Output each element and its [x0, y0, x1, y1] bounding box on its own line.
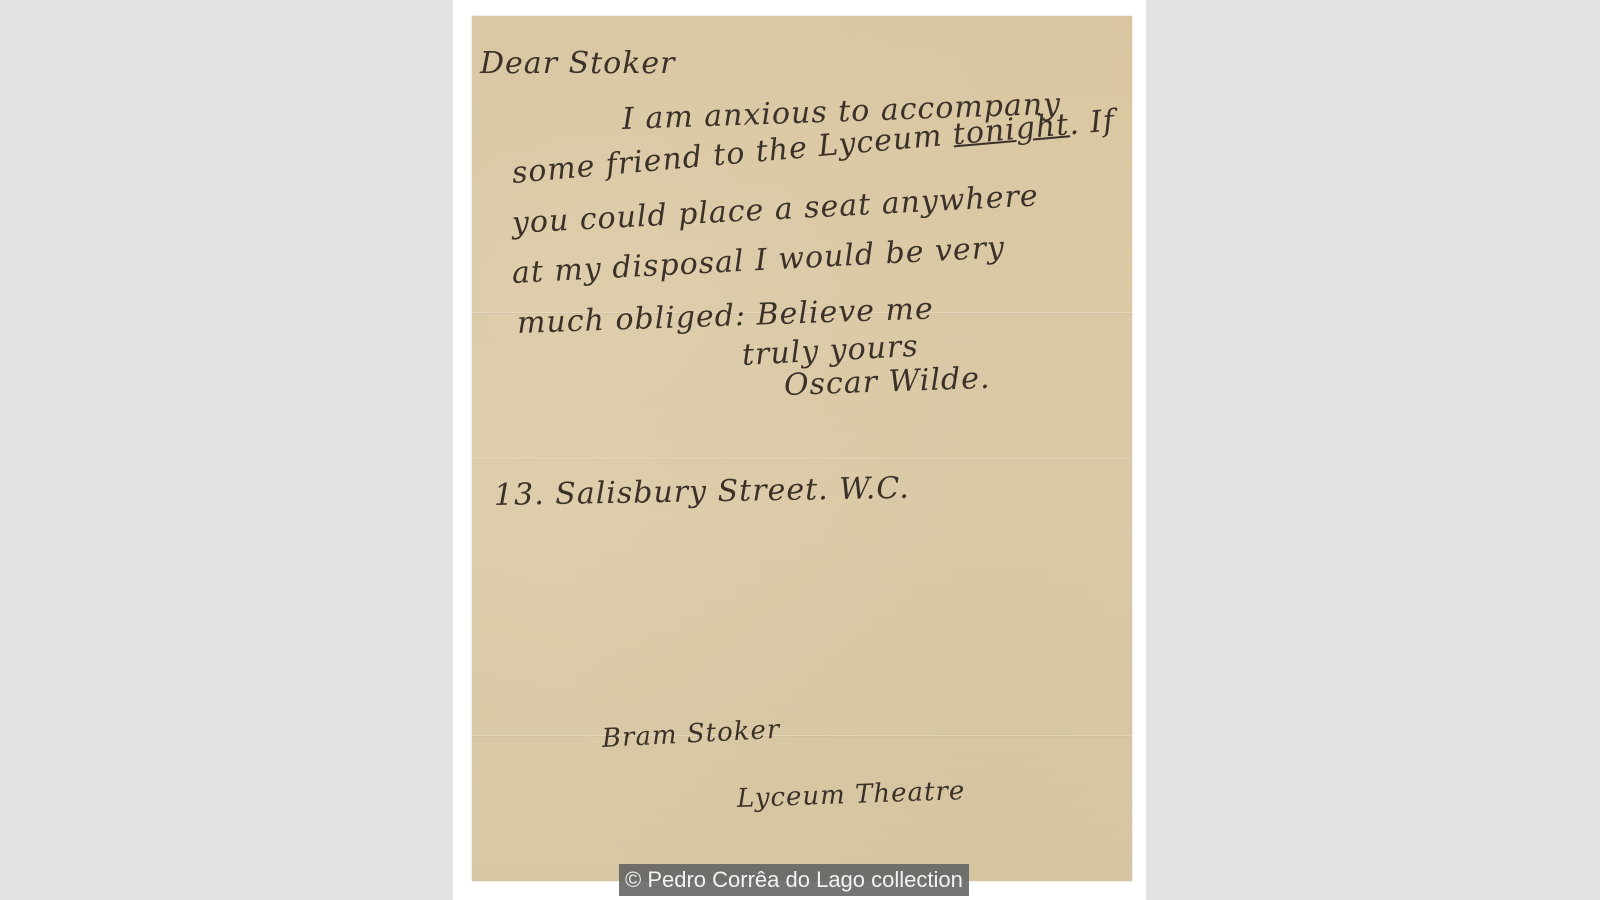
- letter-paper: Dear Stoker I am anxious to accompany so…: [472, 16, 1132, 881]
- fold-line: [472, 735, 1132, 737]
- endorsement-name: Bram Stoker: [601, 715, 781, 754]
- letter-signature: Oscar Wilde.: [783, 361, 991, 403]
- letter-line: at my disposal I would be very: [511, 230, 1006, 291]
- letter-address: 13. Salisbury Street. W.C.: [494, 471, 910, 513]
- letter-salutation: Dear Stoker: [480, 46, 676, 81]
- copyright-caption: © Pedro Corrêa do Lago collection: [619, 864, 969, 896]
- fold-line: [472, 458, 1132, 460]
- letter-line-text: . If: [1068, 103, 1117, 142]
- endorsement-place: Lyceum Theatre: [736, 776, 965, 814]
